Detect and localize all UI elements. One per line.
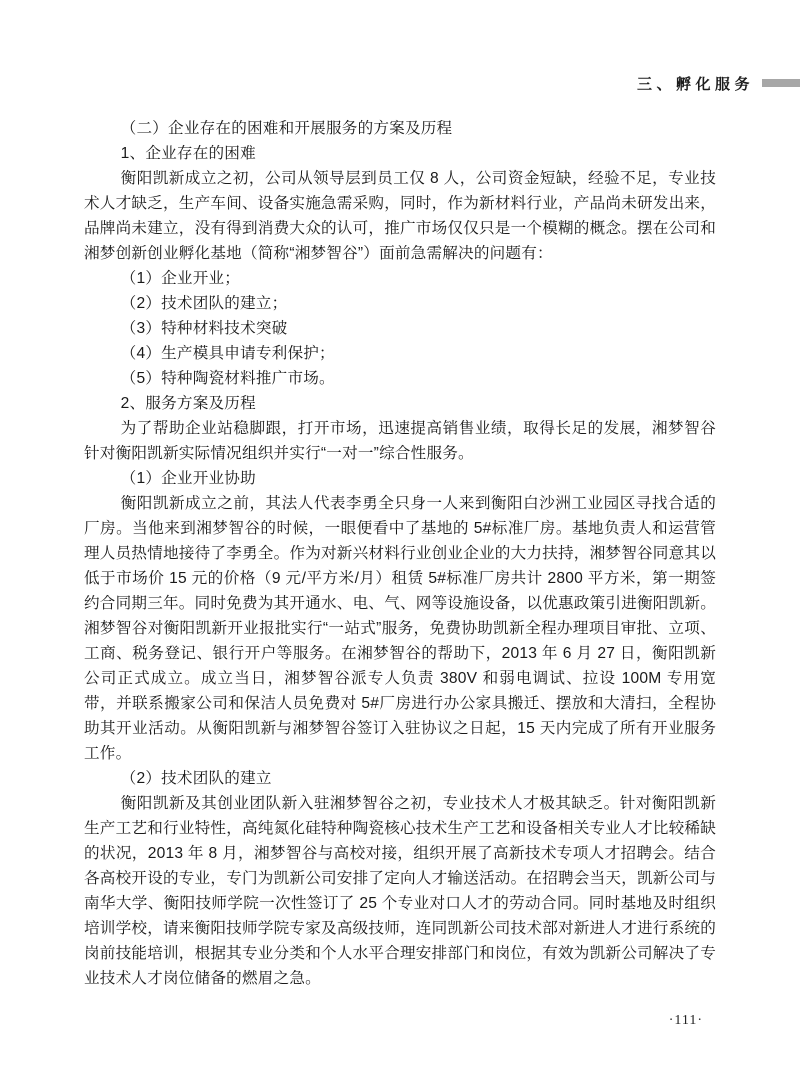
paragraph-opening-assistance: 衡阳凯新成立之前，其法人代表李勇全只身一人来到衡阳白沙洲工业园区寻找合适的厂房。… <box>84 491 716 766</box>
chapter-title: 三、孵化服务 <box>637 73 754 94</box>
list-item-5: （5）特种陶瓷材料推广市场。 <box>84 366 716 391</box>
book-page: 三、孵化服务 （二）企业存在的困难和开展服务的方案及历程 1、企业存在的困难 衡… <box>0 0 800 1089</box>
list-item-3: （3）特种材料技术突破 <box>84 316 716 341</box>
paragraph-service-intro: 为了帮助企业站稳脚跟，打开市场，迅速提高销售业绩，取得长足的发展，湘梦智谷针对衡… <box>84 416 716 466</box>
header-decoration-bar <box>762 79 800 87</box>
paragraph-tech-team: 衡阳凯新及其创业团队新入驻湘梦智谷之初，专业技术人才极其缺乏。针对衡阳凯新生产工… <box>84 791 716 991</box>
numbered-heading-1: 1、企业存在的困难 <box>84 141 716 166</box>
sub-item-heading-1: （1）企业开业协助 <box>84 466 716 491</box>
page-number: ·111· <box>669 1013 703 1029</box>
subsection-heading: （二）企业存在的困难和开展服务的方案及历程 <box>84 116 716 141</box>
paragraph-difficulties: 衡阳凯新成立之初，公司从领导层到员工仅 8 人，公司资金短缺，经验不足，专业技术… <box>84 166 716 266</box>
sub-item-heading-2: （2）技术团队的建立 <box>84 766 716 791</box>
list-item-1: （1）企业开业； <box>84 266 716 291</box>
list-item-2: （2）技术团队的建立； <box>84 291 716 316</box>
list-item-4: （4）生产模具申请专利保护； <box>84 341 716 366</box>
running-header: 三、孵化服务 <box>0 74 800 92</box>
numbered-heading-2: 2、服务方案及历程 <box>84 391 716 416</box>
document-body: （二）企业存在的困难和开展服务的方案及历程 1、企业存在的困难 衡阳凯新成立之初… <box>84 116 716 991</box>
